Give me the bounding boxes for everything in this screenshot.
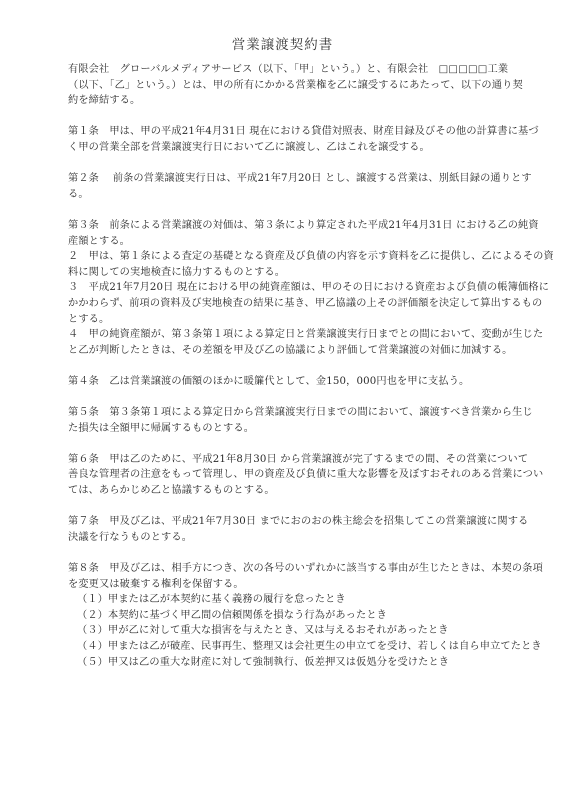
article-4: 第４条 乙は営業譲渡の価額のほかに暖簾代として、金150，000円也を甲に支払う…	[68, 374, 500, 390]
article-1: 第１条 甲は、甲の平成21年4月31日 現在における貸借対照表、財産目録及びその…	[68, 124, 500, 155]
list-item: （２）本契約に基づく甲乙間の信頼関係を損なう行為があったとき	[68, 608, 500, 624]
article-line: 決議を行なうものとする。	[68, 530, 500, 546]
article-line: 第５条 第３条第１項による算定日から営業譲渡実行日までの間において、譲渡すべき営…	[68, 405, 500, 421]
list-item: （３）甲が乙に対して重大な損害を与えたとき、又は与えるおそれがあったとき	[68, 623, 500, 639]
article-3: 第３条 前条による営業譲渡の対価は、第３条により算定された平成21年4月31日 …	[68, 218, 500, 358]
clause-line: 料に関しての実地検査に協力するものとする。	[68, 265, 500, 281]
clause-line: ４ 甲の純資産額が、第３条第１項による算定日と営業譲渡実行日までとの間において、…	[68, 327, 500, 343]
list-item: （５）甲又は乙の重大な財産に対して強制執行、仮差押又は仮処分を受けたとき	[68, 655, 500, 671]
document-title: 営業譲渡契約書	[0, 33, 565, 53]
article-line: た損失は全額甲に帰属するものとする。	[68, 421, 500, 437]
article-line: 第１条 甲は、甲の平成21年4月31日 現在における貸借対照表、財産目録及びその…	[68, 124, 500, 140]
article-line: 産額とする。	[68, 234, 500, 250]
preamble-line: 約を締結する。	[68, 93, 500, 109]
article-6: 第６条 甲は乙のために、平成21年8月30日 から営業譲渡が完了するまでの間、そ…	[68, 452, 500, 499]
article-7: 第７条 甲及び乙は、平成21年7月30日 までにおのおの株主総会を招集してこの営…	[68, 514, 500, 545]
clause-line: かかわらず、前項の資料及び実地検査の結果に基き、甲乙協議の上その評価額を決定して…	[68, 296, 500, 312]
preamble-line: （以下、「乙」という。）とは、甲の所有にかかる営業権を乙に譲受するにあたって、以…	[68, 78, 500, 94]
article-line: る。	[68, 187, 500, 203]
article-line: 第６条 甲は乙のために、平成21年8月30日 から営業譲渡が完了するまでの間、そ…	[68, 452, 500, 468]
article-line: 第３条 前条による営業譲渡の対価は、第３条により算定された平成21年4月31日 …	[68, 218, 500, 234]
article-line: ては、あらかじめ乙と協議するものとする。	[68, 483, 500, 499]
article-line: 第８条 甲及び乙は、相手方につき、次の各号のいずれかに該当する事由が生じたときは…	[68, 561, 500, 577]
article-line: く甲の営業全部を営業譲渡実行日において乙に譲渡し、乙はこれを譲受する。	[68, 140, 500, 156]
document-page: 営業譲渡契約書 有限会社 グローバルメディアサービス（以下、「甲」という。）と、…	[0, 0, 565, 800]
article-line: 善良な管理者の注意をもって管理し、甲の資産及び負債に重大な影響を及ぼすおそれのあ…	[68, 467, 500, 483]
clause-line: ３ 平成21年7月20日 現在における甲の純資産額は、甲のその日における資産およ…	[68, 280, 500, 296]
termination-conditions-list: （１）甲または乙が本契約に基く義務の履行を怠ったとき （２）本契約に基づく甲乙間…	[68, 592, 500, 670]
article-line: 第７条 甲及び乙は、平成21年7月30日 までにおのおの株主総会を招集してこの営…	[68, 514, 500, 530]
document-body: 有限会社 グローバルメディアサービス（以下、「甲」という。）と、有限会社 □□□…	[68, 62, 500, 670]
article-line: 第４条 乙は営業譲渡の価額のほかに暖簾代として、金150，000円也を甲に支払う…	[68, 374, 500, 390]
article-5: 第５条 第３条第１項による算定日から営業譲渡実行日までの間において、譲渡すべき営…	[68, 405, 500, 436]
article-2: 第２条 前条の営業譲渡実行日は、平成21年7月20日 とし、譲渡する営業は、別紙…	[68, 171, 500, 202]
clause-line: と乙が判断したときは、その差額を甲及び乙の協議により評価して営業譲渡の対価に加減…	[68, 343, 500, 359]
article-line: 第２条 前条の営業譲渡実行日は、平成21年7月20日 とし、譲渡する営業は、別紙…	[68, 171, 500, 187]
clause-line: とする。	[68, 312, 500, 328]
article-8: 第８条 甲及び乙は、相手方につき、次の各号のいずれかに該当する事由が生じたときは…	[68, 561, 500, 670]
preamble: 有限会社 グローバルメディアサービス（以下、「甲」という。）と、有限会社 □□□…	[68, 62, 500, 109]
list-item: （１）甲または乙が本契約に基く義務の履行を怠ったとき	[68, 592, 500, 608]
list-item: （４）甲または乙が破産、民事再生、整理又は会社更生の申立てを受け、若しくは自ら申…	[68, 639, 500, 655]
clause-line: ２ 甲は、第１条による査定の基礎となる資産及び負債の内容を示す資料を乙に提供し、…	[68, 249, 500, 265]
article-line: を変更又は破棄する権利を保留する。	[68, 577, 500, 593]
preamble-line: 有限会社 グローバルメディアサービス（以下、「甲」という。）と、有限会社 □□□…	[68, 62, 500, 78]
